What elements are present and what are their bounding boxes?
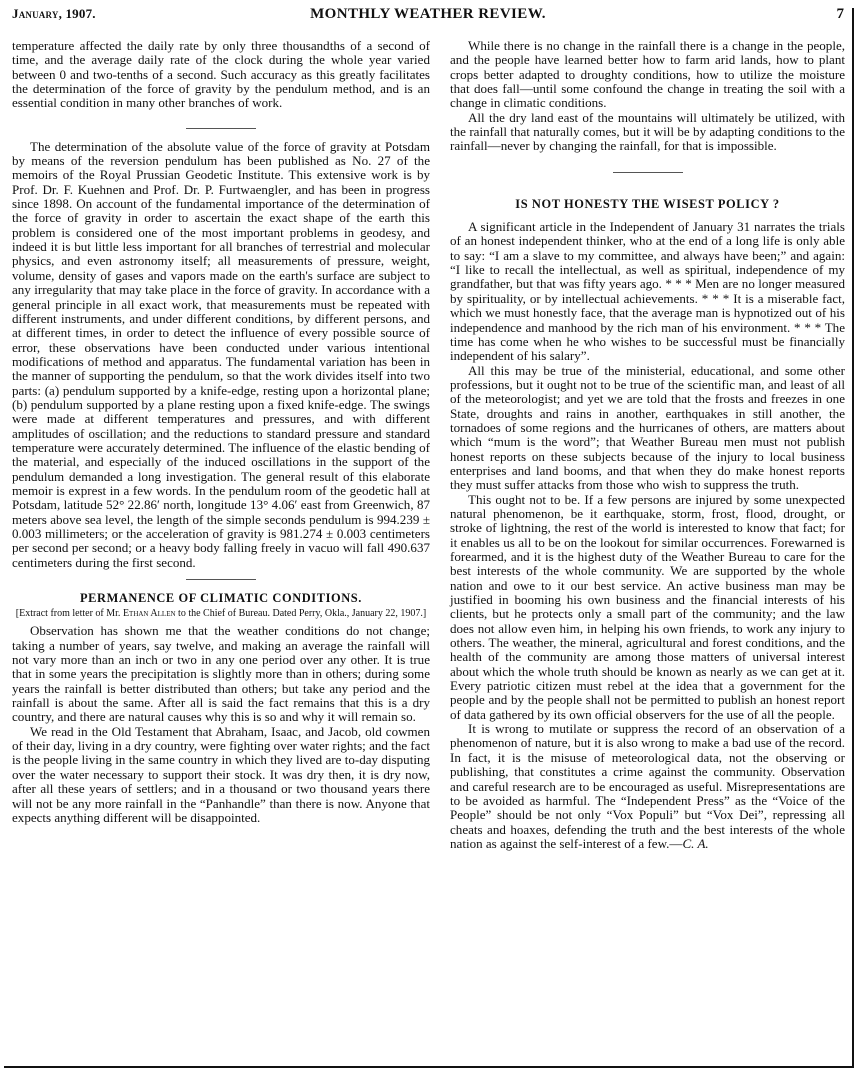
gravity-paragraph: The determination of the absolute value … bbox=[12, 140, 430, 570]
climate-paragraph-4: All the dry land east of the mountains w… bbox=[450, 111, 845, 154]
author-name: Ethan Allen bbox=[123, 608, 176, 619]
honesty-paragraph-1: A significant article in the Independent… bbox=[450, 220, 845, 363]
article-title-honesty: IS NOT HONESTY THE WISEST POLICY ? bbox=[450, 197, 845, 211]
climate-paragraph-1: Observation has shown me that the weathe… bbox=[12, 624, 430, 724]
continued-paragraph: temperature affected the daily rate by o… bbox=[12, 39, 430, 111]
honesty-paragraph-3: This ought not to be. If a few persons a… bbox=[450, 493, 845, 723]
signature: C. A. bbox=[682, 836, 708, 851]
page-border-bottom bbox=[4, 1066, 854, 1068]
page-header: January, 1907. MONTHLY WEATHER REVIEW. 7 bbox=[12, 6, 844, 24]
article-title-climatic: PERMANENCE OF CLIMATIC CONDITIONS. bbox=[12, 591, 430, 605]
article-source-note: [Extract from letter of Mr. Ethan Allen … bbox=[12, 608, 430, 619]
right-column: While there is no change in the rainfall… bbox=[450, 39, 845, 851]
climate-paragraph-2: We read in the Old Testament that Abraha… bbox=[12, 725, 430, 825]
journal-title: MONTHLY WEATHER REVIEW. bbox=[12, 6, 844, 23]
honesty-paragraph-4: It is wrong to mutilate or suppress the … bbox=[450, 722, 845, 851]
climate-paragraph-3: While there is no change in the rainfall… bbox=[450, 39, 845, 111]
page-border-right bbox=[852, 8, 854, 1068]
left-column: temperature affected the daily rate by o… bbox=[12, 39, 430, 825]
page-number: 7 bbox=[837, 6, 845, 23]
honesty-paragraph-2: All this may be true of the ministerial,… bbox=[450, 364, 845, 493]
